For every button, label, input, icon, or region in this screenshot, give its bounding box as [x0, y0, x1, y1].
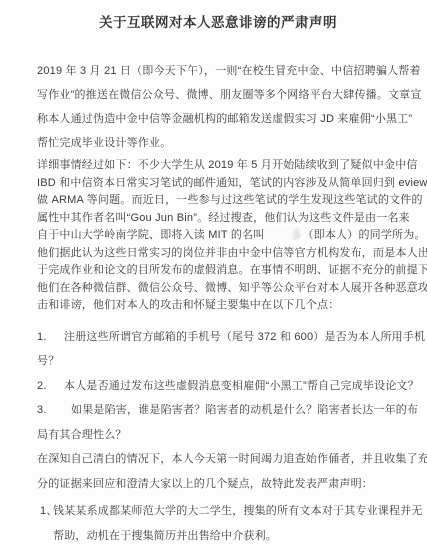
question-number: 2. [37, 374, 64, 399]
questions-list: 1.注册这些所谓官方邮箱的手机号（尾号 372 和 600）是否为本人所用手机 … [37, 325, 399, 448]
scanned-statement-document: 关于互联网对本人恶意诽谤的严肃声明 2019 年 3 月 21 日（即今天下午）… [0, 0, 427, 547]
paragraph-closing: 在深知自己清白的情况下，本人今天第一时间竭力追查始作俑者，并且收集了充 分的证据… [37, 447, 399, 497]
question-number: 1. [37, 325, 64, 350]
statement-item-1: 1、钱某某系成都某师范大学的大二学生，搜集的所有文本对于其专业课程并无 [40, 499, 399, 524]
text-line: 属性中其作者名叫“Gou Jun Bin”。经过搜查，他们认为这些文件是由一名来 [37, 210, 399, 228]
text-line: 他们在各种微信群、微信公众号、微博、知乎等公众平台对本人展开各种恶意攻 [37, 280, 399, 298]
redacted-name-blur: 彡 [264, 227, 302, 240]
text-line: 在深知自己清白的情况下，本人今天第一时间竭力追查始作俑者，并且收集了充 [37, 447, 399, 472]
statement-item-1-cont: 帮助，动机在于搜集简历并出售给中介获利。 [40, 524, 399, 547]
question-text: 注册这些所谓官方邮箱的手机号（尾号 372 和 600）是否为本人所用手机 [64, 331, 425, 343]
question-number: 3. [37, 398, 71, 423]
text-line: 击和诽谤，他们对本人的攻击和怀疑主要集中在以下几个点： [37, 297, 399, 315]
text-line: 他们据此认为这些日常实习的岗位并非由中金中信等官方机构发布，而是本人出 [37, 245, 399, 263]
text-line: 帮忙完成毕业设计等作业。 [37, 131, 399, 155]
document-title: 关于互联网对本人恶意诽谤的严肃声明 [37, 13, 399, 33]
statement-number: 1、 [40, 499, 53, 524]
statement-text: 钱某某系成都某师范大学的大二学生，搜集的所有文本对于其专业课程并无 [53, 505, 423, 517]
text-line: 写作业”的推送在微信公众号、微博、朋友圈等多个网络平台大肆传播。文章宣 [37, 83, 399, 107]
paragraph-intro: 2019 年 3 月 21 日（即今天下午），一则“在校生冒充中金、中信招聘骗人… [37, 59, 399, 155]
question-text: 如果是陷害，谁是陷害者？陷害者的动机是什么？陷害者长达一年的布 [71, 404, 418, 416]
statement-item: 1、钱某某系成都某师范大学的大二学生，搜集的所有文本对于其专业课程并无 帮助，动… [37, 499, 399, 547]
text-line: 详细事情经过如下：不少大学生从 2019 年 5 月开始陆续收到了疑似中金中信 [37, 157, 399, 175]
question-item-2: 2.本人是否通过发布这些虚假消息变相雇佣“小黑工”帮自己完成毕设论文？ [37, 374, 399, 399]
text-line-with-redaction: 自于中山大学岭南学院、即将入读 MIT 的名叫彡（即本人）的同学所为。 [37, 227, 399, 245]
text-line: 分的证据来回应和澄清大家以上的几个疑点，故特此发表严肃声明： [37, 472, 399, 497]
paragraph-details: 详细事情经过如下：不少大学生从 2019 年 5 月开始陆续收到了疑似中金中信 … [37, 157, 399, 315]
text-line: 称本人通过伪造中金中信等金融机构的邮箱发送虚假实习 JD 来雇佣“小黑工” [37, 107, 399, 131]
question-item-1-cont: 号？ [37, 349, 399, 374]
question-item-3: 3.如果是陷害，谁是陷害者？陷害者的动机是什么？陷害者长达一年的布 [37, 398, 399, 423]
question-item-3-cont: 局有其合理性么？ [37, 423, 399, 448]
text-after-redaction: （即本人）的同学所为。 [302, 229, 425, 241]
question-item-1: 1.注册这些所谓官方邮箱的手机号（尾号 372 和 600）是否为本人所用手机 [37, 325, 399, 350]
document-content: 关于互联网对本人恶意诽谤的严肃声明 2019 年 3 月 21 日（即今天下午）… [0, 0, 427, 547]
text-line: 于完成作业和论文的目所发布的虚假消息。在事情不明朗、证据不充分的前提下， [37, 262, 399, 280]
text-line: 做 ARMA 等问题。而近日，一些参与过这些笔试的学生发现这些笔试的文件的 [37, 192, 399, 210]
text-before-redaction: 自于中山大学岭南学院、即将入读 MIT 的名叫 [37, 229, 264, 241]
redaction-remnant-stroke: 彡 [290, 227, 301, 240]
text-line: IBD 和中信资本日常实习笔试的邮件通知，笔试的内容涉及从简单回归到 eview… [37, 175, 399, 193]
question-text: 本人是否通过发布这些虚假消息变相雇佣“小黑工”帮自己完成毕设论文？ [64, 380, 419, 392]
text-line: 2019 年 3 月 21 日（即今天下午），一则“在校生冒充中金、中信招聘骗人… [37, 59, 399, 83]
